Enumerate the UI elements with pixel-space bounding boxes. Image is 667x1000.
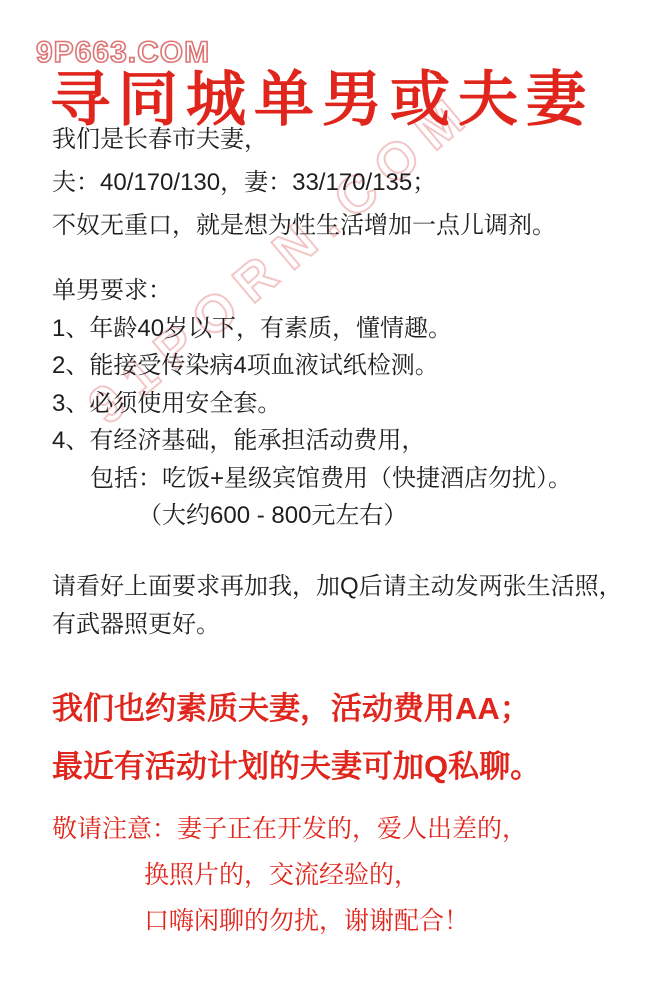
requirement-item-3: 3、必须使用安全套。 — [52, 385, 572, 423]
requirements-heading: 单男要求： — [52, 272, 572, 310]
notice-line-3: 口嗨闲聊的勿扰，谢谢配合！ — [52, 898, 527, 944]
contact-note-line-1: 请看好上面要求再加我，加Q后请主动发两张生活照， — [52, 568, 623, 606]
requirement-item-4-detail-2: （大约600 - 800元左右） — [52, 497, 572, 535]
intro-line-1: 我们是长春市夫妻， — [52, 118, 556, 161]
notice-label: 敬请注意： — [52, 815, 177, 843]
intro-line-3: 不奴无重口，就是想为性生活增加一点儿调剂。 — [52, 204, 556, 247]
couple-note: 我们也约素质夫妻，活动费用AA； 最近有活动计划的夫妻可加Q私聊。 — [52, 680, 541, 796]
notice-line-1-text: 妻子正在开发的，爱人出差的， — [177, 815, 527, 843]
notice-block: 敬请注意：妻子正在开发的，爱人出差的， 换照片的，交流经验的， 口嗨闲聊的勿扰，… — [52, 806, 527, 944]
flyer-page: 91PORN.COM 寻同城单男或夫妻 9P663.COM 我们是长春市夫妻， … — [0, 0, 667, 1000]
intro-paragraph: 我们是长春市夫妻， 夫：40/170/130，妻：33/170/135； 不奴无… — [52, 118, 556, 247]
notice-line-2: 换照片的，交流经验的， — [52, 852, 527, 898]
couple-note-line-2: 最近有活动计划的夫妻可加Q私聊。 — [52, 738, 541, 796]
corner-watermark: 9P663.COM — [36, 36, 210, 70]
requirement-item-2: 2、能接受传染病4项血液试纸检测。 — [52, 347, 572, 385]
requirement-item-4: 4、有经济基础，能承担活动费用， — [52, 422, 572, 460]
requirement-item-4-detail-1: 包括：吃饭+星级宾馆费用（快捷酒店勿扰）。 — [52, 460, 572, 498]
contact-note: 请看好上面要求再加我，加Q后请主动发两张生活照， 有武器照更好。 — [52, 568, 623, 644]
requirement-item-1: 1、年龄40岁以下，有素质，懂情趣。 — [52, 310, 572, 348]
requirements-list: 单男要求： 1、年龄40岁以下，有素质，懂情趣。 2、能接受传染病4项血液试纸检… — [52, 272, 572, 535]
contact-note-line-2: 有武器照更好。 — [52, 606, 623, 644]
couple-note-line-1: 我们也约素质夫妻，活动费用AA； — [52, 680, 541, 738]
notice-line-1: 敬请注意：妻子正在开发的，爱人出差的， — [52, 806, 527, 852]
intro-line-2: 夫：40/170/130，妻：33/170/135； — [52, 161, 556, 204]
